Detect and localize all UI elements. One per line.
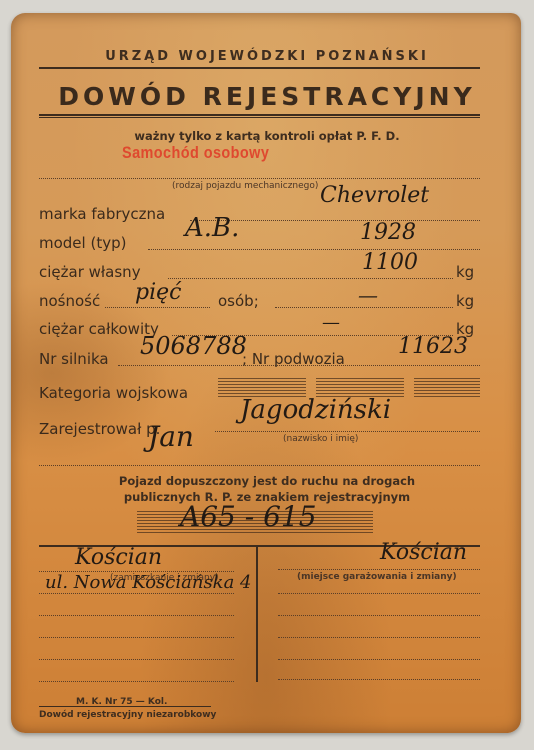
validity-note: ważny tylko z kartą kontroli opłat P. F.… — [0, 129, 534, 143]
chassis-no-label: ; Nr podwozia — [242, 350, 345, 368]
garage-line-6 — [278, 679, 480, 680]
residence-line-6 — [39, 681, 234, 682]
table-divider — [256, 545, 258, 682]
garage-line-3 — [278, 615, 480, 616]
military-category-box-3 — [414, 378, 480, 398]
military-category-label: Kategoria wojskowa — [39, 384, 188, 402]
model-line — [148, 249, 480, 250]
engine-no-value: 5068788 — [140, 332, 247, 360]
make-label: marka fabryczna — [39, 205, 165, 223]
make-value: Chevrolet — [320, 183, 429, 208]
registered-by-label: Zarejestrował p. — [39, 420, 160, 438]
residence-line-5 — [39, 659, 234, 660]
garage-value: Kościan — [380, 540, 467, 565]
residence-value-2: ul. Nowa Kościańska 4 — [45, 572, 252, 593]
model-year: 1928 — [360, 220, 416, 245]
capacity-label: nośność — [39, 292, 100, 310]
engine-no-label: Nr silnika — [39, 350, 109, 368]
vehicle-type-stamp: Samochód osobowy — [122, 143, 269, 163]
registered-by-line-2 — [39, 465, 480, 466]
garage-line-4 — [278, 637, 480, 638]
residence-line-4 — [39, 637, 234, 638]
registered-by-hint: (nazwisko i imię) — [283, 434, 358, 444]
garage-hint: (miejsce garażowania i zmiany) — [297, 572, 457, 582]
vehicle-type-hint: (rodzaj pojazdu mechanicznego) — [172, 181, 318, 191]
registered-by-line — [215, 431, 480, 432]
own-weight-unit: kg — [456, 263, 474, 281]
own-weight-label: ciężar własny — [39, 263, 141, 281]
registration-card — [11, 13, 521, 733]
registration-plate: A65 - 615 — [180, 500, 317, 533]
registration-notice-line-1: Pojazd dopuszczony jest do ruchu na drog… — [0, 474, 534, 488]
capacity-line — [105, 307, 210, 308]
own-weight-line — [168, 278, 453, 279]
header-rule-bottom-thin — [39, 117, 480, 118]
capacity-value: pięć — [135, 280, 181, 305]
chassis-no-value: 11623 — [398, 334, 468, 359]
header-rule-bottom — [39, 114, 480, 116]
issuing-office: URZĄD WOJEWÓDZKI POZNAŃSKI — [0, 49, 534, 64]
footer-rule — [39, 706, 211, 707]
registered-by-name: Jan — [148, 420, 194, 453]
model-label: model (typ) — [39, 234, 126, 252]
garage-line-2 — [278, 593, 480, 594]
footer-subtitle: Dowód rejestracyjny niezarobkowy — [39, 710, 216, 720]
residence-line-3 — [39, 615, 234, 616]
registered-by-surname: Jagodziński — [240, 395, 391, 425]
model-value: A.B. — [185, 213, 239, 243]
capacity-kg-value: — — [358, 283, 378, 307]
total-weight-value: — — [322, 312, 340, 333]
residence-value-1: Kościan — [75, 545, 162, 570]
residence-line-2 — [39, 593, 234, 594]
header-rule-top — [39, 67, 480, 69]
own-weight-value: 1100 — [362, 250, 418, 275]
document-title: DOWÓD REJESTRACYJNY — [0, 82, 534, 111]
capacity-kg-line — [275, 307, 453, 308]
garage-line-5 — [278, 659, 480, 660]
persons-label: osób; — [218, 292, 259, 310]
vehicle-type-line — [39, 178, 480, 179]
capacity-unit: kg — [456, 292, 474, 310]
garage-line-1 — [278, 569, 480, 570]
